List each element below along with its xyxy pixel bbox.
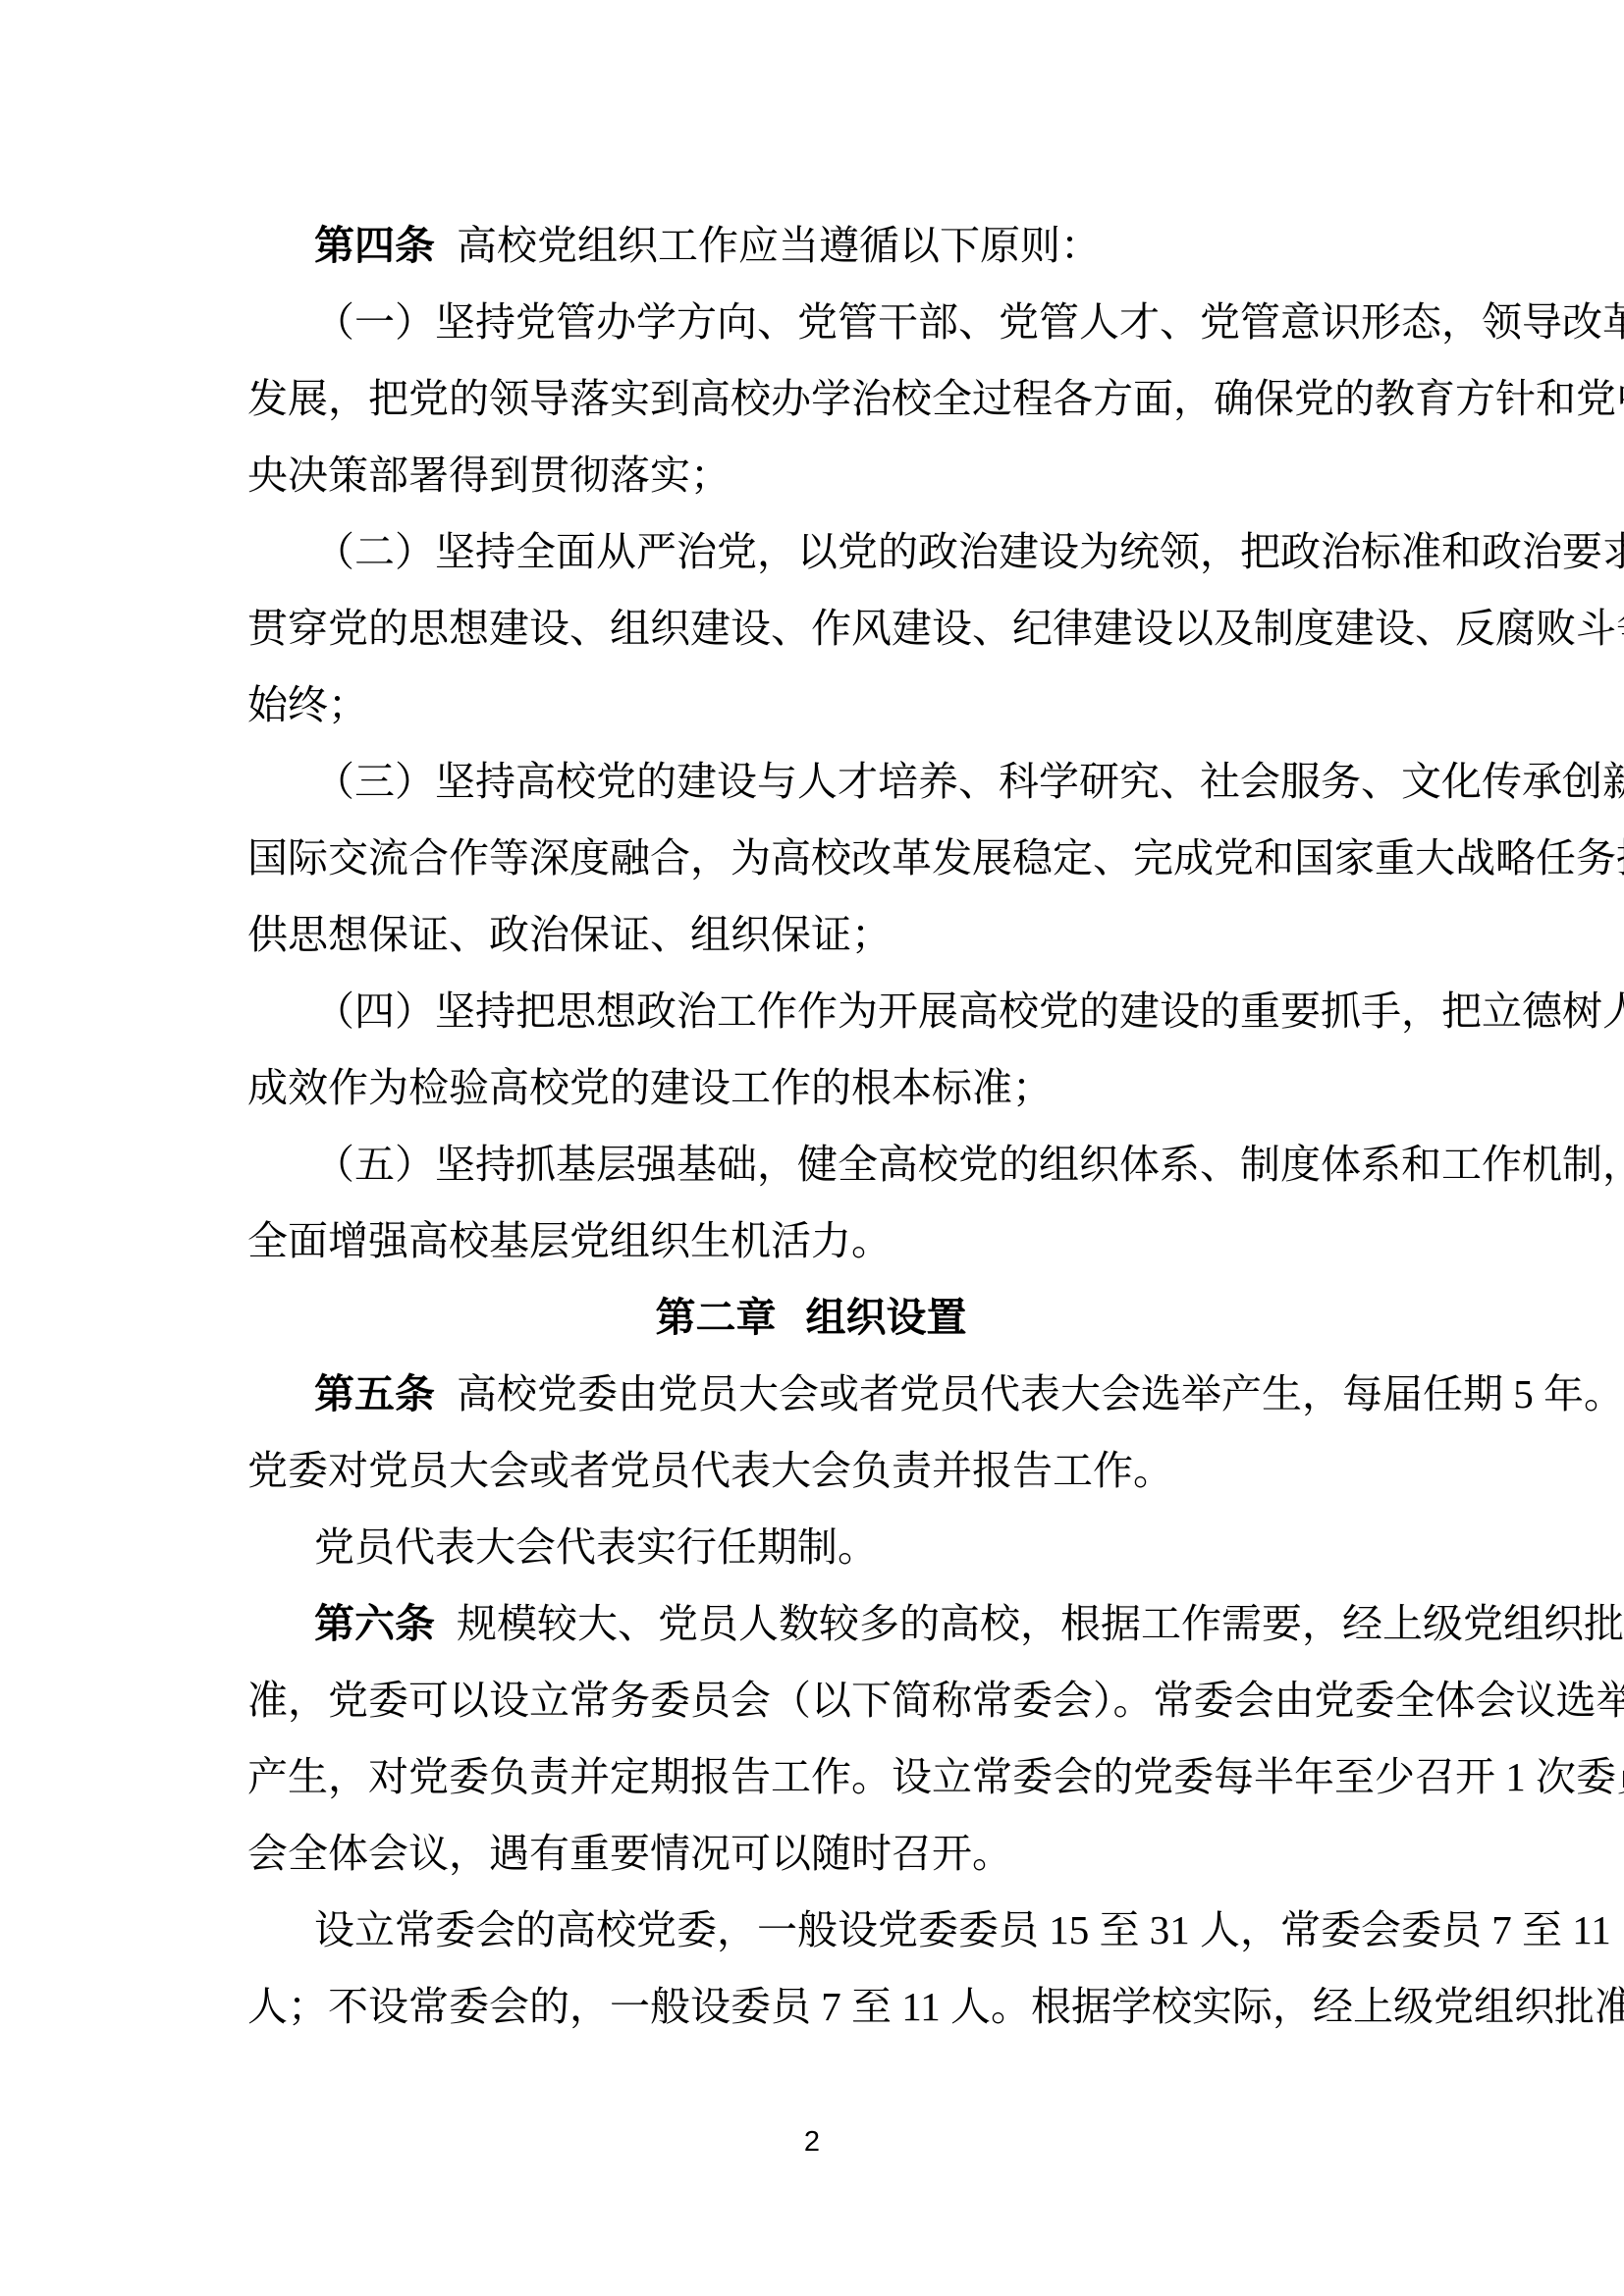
- principle-4-line-1: （四）坚持把思想政治工作作为开展高校党的建设的重要抓手，把立德树人: [247, 973, 1375, 1049]
- article-5-text: 高校党委由党员大会或者党员代表大会选举产生，每届任期 5 年。: [457, 1371, 1624, 1416]
- chapter-2-title: 组织设置: [806, 1295, 967, 1340]
- principle-1-line-2: 发展，把党的领导落实到高校办学治校全过程各方面，确保党的教育方针和党中: [247, 360, 1375, 437]
- article-6-number: 第六条: [314, 1601, 435, 1646]
- principle-1-line-1: （一）坚持党管办学方向、党管干部、党管人才、党管意识形态，领导改革: [247, 284, 1375, 360]
- principle-5-line-1: （五）坚持抓基层强基础，健全高校党的组织体系、制度体系和工作机制，: [247, 1126, 1375, 1202]
- article-5-line-1: 第五条高校党委由党员大会或者党员代表大会选举产生，每届任期 5 年。: [247, 1356, 1375, 1432]
- chapter-2-label: 第二章: [656, 1295, 777, 1340]
- article-4-number: 第四条: [314, 223, 435, 268]
- article-6-line-5: 设立常委会的高校党委，一般设党委委员 15 至 31 人，常委会委员 7 至 1…: [247, 1892, 1375, 1968]
- principle-2-line-3: 始终；: [247, 667, 1375, 743]
- principle-5-line-2: 全面增强高校基层党组织生机活力。: [247, 1202, 1375, 1279]
- document-body: 第四条高校党组织工作应当遵循以下原则： （一）坚持党管办学方向、党管干部、党管人…: [247, 207, 1375, 2045]
- article-5-number: 第五条: [314, 1371, 435, 1416]
- article-4-text: 高校党组织工作应当遵循以下原则：: [457, 223, 1101, 268]
- article-5-line-3: 党员代表大会代表实行任期制。: [247, 1509, 1375, 1585]
- principle-4-line-2: 成效作为检验高校党的建设工作的根本标准；: [247, 1049, 1375, 1126]
- principle-3-line-3: 供思想保证、政治保证、组织保证；: [247, 896, 1375, 973]
- chapter-2-heading: 第二章组织设置: [247, 1279, 1375, 1356]
- article-6-line-4: 会全体会议，遇有重要情况可以随时召开。: [247, 1815, 1375, 1892]
- document-page: 第四条高校党组织工作应当遵循以下原则： （一）坚持党管办学方向、党管干部、党管人…: [0, 0, 1624, 2296]
- article-6-text: 规模较大、党员人数较多的高校，根据工作需要，经上级党组织批: [457, 1601, 1624, 1646]
- article-6-line-1: 第六条规模较大、党员人数较多的高校，根据工作需要，经上级党组织批: [247, 1585, 1375, 1662]
- principle-2-line-1: （二）坚持全面从严治党，以党的政治建设为统领，把政治标准和政治要求: [247, 513, 1375, 590]
- article-6-line-6: 人；不设常委会的，一般设委员 7 至 11 人。根据学校实际，经上级党组织批准，: [247, 1968, 1375, 2045]
- page-number: 2: [0, 2120, 1624, 2163]
- principle-3-line-2: 国际交流合作等深度融合，为高校改革发展稳定、完成党和国家重大战略任务提: [247, 820, 1375, 896]
- article-4-heading-line: 第四条高校党组织工作应当遵循以下原则：: [247, 207, 1375, 284]
- principle-3-line-1: （三）坚持高校党的建设与人才培养、科学研究、社会服务、文化传承创新、: [247, 743, 1375, 820]
- article-6-line-2: 准，党委可以设立常务委员会（以下简称常委会）。常委会由党委全体会议选举: [247, 1662, 1375, 1738]
- principle-1-line-3: 央决策部署得到贯彻落实；: [247, 437, 1375, 513]
- principle-2-line-2: 贯穿党的思想建设、组织建设、作风建设、纪律建设以及制度建设、反腐败斗争: [247, 590, 1375, 667]
- article-5-line-2: 党委对党员大会或者党员代表大会负责并报告工作。: [247, 1432, 1375, 1509]
- article-6-line-3: 产生，对党委负责并定期报告工作。设立常委会的党委每半年至少召开 1 次委员: [247, 1738, 1375, 1815]
